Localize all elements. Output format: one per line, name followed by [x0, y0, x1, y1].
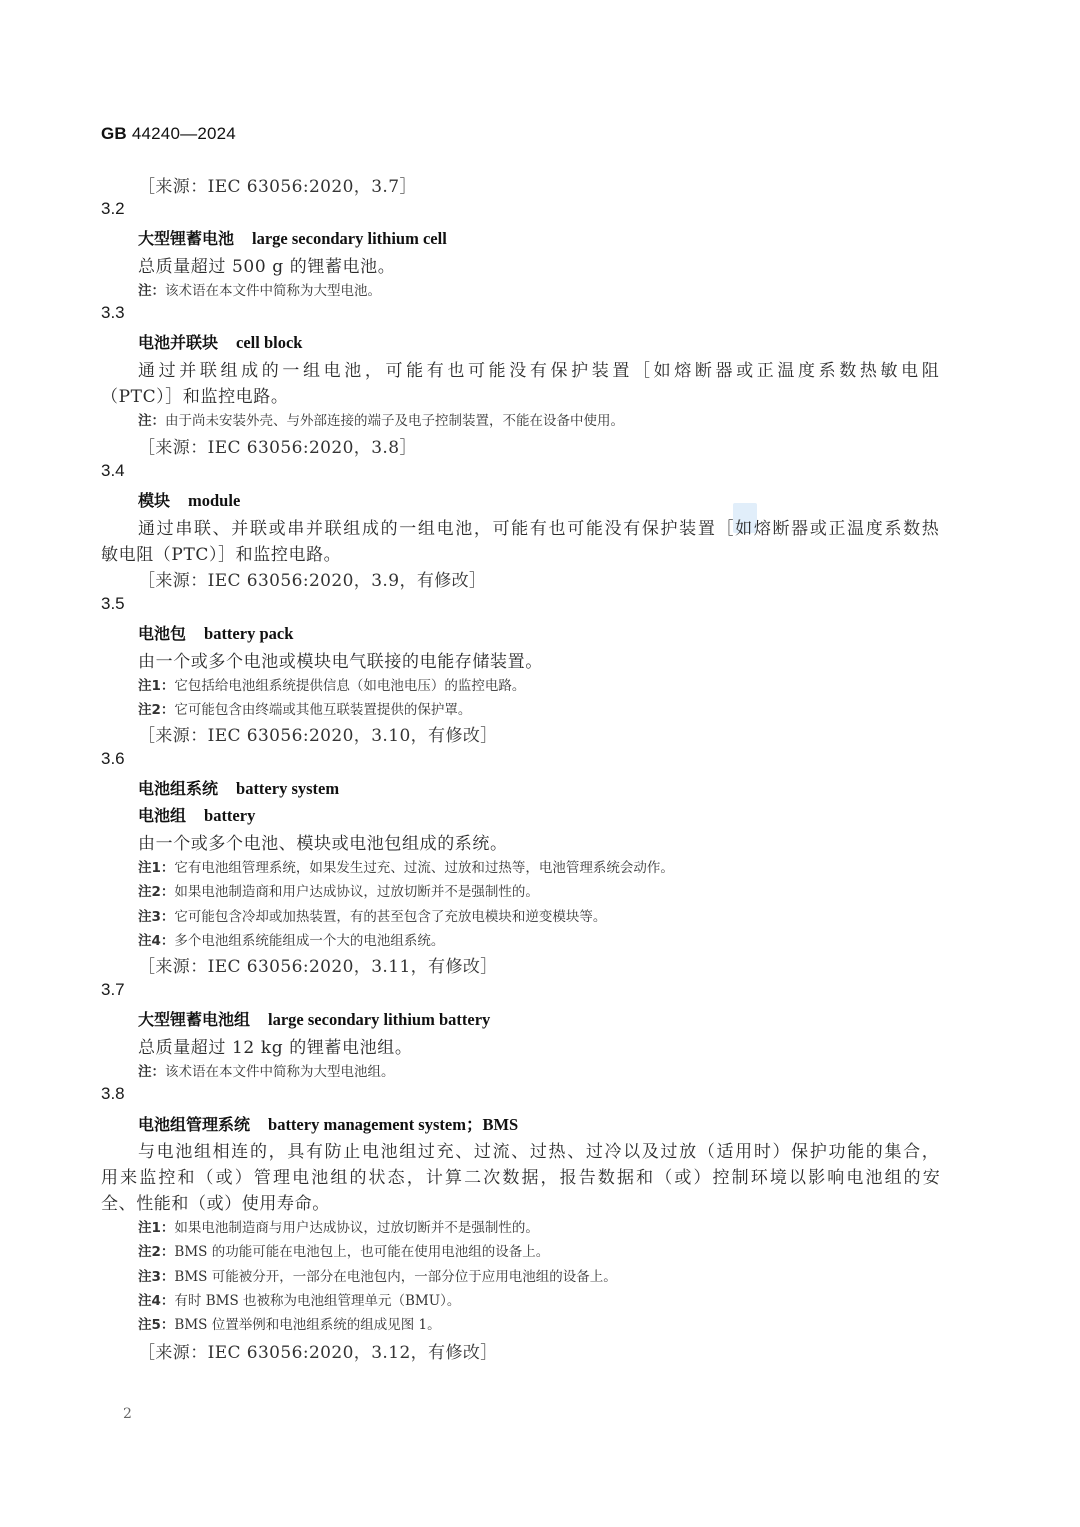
section-number: 3.3 [101, 303, 125, 323]
note: 注4：多个电池组系统能组成一个大的电池组系统。 [138, 929, 444, 949]
note-text: 多个电池组系统能组成一个大的电池组系统。 [174, 933, 444, 949]
term-zh: 电池包 [138, 624, 186, 643]
term-zh: 电池组 [138, 806, 186, 825]
source-citation: ［来源：IEC 63056:2020，3.8］ [138, 433, 417, 458]
note-label: 注2： [138, 1244, 174, 1260]
note-label: 注4： [138, 933, 174, 949]
definition-text-cont: 敏电阻（PTC）］和监控电路。 [101, 540, 341, 565]
definition-text: 由一个或多个电池或模块电气联接的电能存储装置。 [138, 647, 543, 672]
note-text: 由于尚未安装外壳、与外部连接的端子及电子控制装置，不能在设备中使用。 [165, 413, 624, 429]
note-text: BMS 可能被分开，一部分在电池包内，一部分位于应用电池组的设备上。 [174, 1269, 616, 1285]
note-label: 注1： [138, 678, 174, 694]
term-zh: 大型锂蓄电池 [138, 229, 234, 248]
note-text: 如果电池制造商与用户达成协议，过放切断并不是强制性的。 [174, 1220, 539, 1236]
note: 注3：BMS 可能被分开，一部分在电池包内，一部分位于应用电池组的设备上。 [138, 1265, 617, 1285]
note-label: 注： [138, 1064, 165, 1080]
term-zh: 电池并联块 [138, 333, 218, 352]
note-text: 它有电池组管理系统，如果发生过充、过流、过放和过热等，电池管理系统会动作。 [174, 860, 674, 876]
note-label: 注2： [138, 884, 174, 900]
note: 注1：如果电池制造商与用户达成协议，过放切断并不是强制性的。 [138, 1216, 539, 1236]
term-heading: 大型锂蓄电池large secondary lithium cell [138, 226, 447, 249]
source-citation: ［来源：IEC 63056:2020，3.12，有修改］ [138, 1338, 498, 1363]
section-number: 3.2 [101, 199, 125, 219]
section-number: 3.7 [101, 980, 125, 1000]
definition-text: 与电池组相连的，具有防止电池组过充、过流、过热、过冷以及过放（适用时）保护功能的… [138, 1137, 940, 1162]
definition-text-cont: 全、性能和（或）使用寿命。 [101, 1189, 330, 1214]
note-text: BMS 位置举例和电池组系统的组成见图 1。 [174, 1317, 440, 1333]
note: 注：由于尚未安装外壳、与外部连接的端子及电子控制装置，不能在设备中使用。 [138, 409, 624, 429]
term-zh: 模块 [138, 491, 170, 510]
term-zh: 大型锂蓄电池组 [138, 1010, 250, 1029]
term-heading: 电池组系统battery system [138, 776, 339, 799]
note-label: 注3： [138, 1269, 174, 1285]
definition-text: 总质量超过 12 kg 的锂蓄电池组。 [138, 1033, 412, 1058]
term-heading: 电池并联块cell block [138, 330, 302, 353]
definition-text: 通过串联、并联或串并联组成的一组电池，可能有也可能没有保护装置［如熔断器或正温度… [138, 514, 940, 539]
note: 注1：它有电池组管理系统，如果发生过充、过流、过放和过热等，电池管理系统会动作。 [138, 856, 674, 876]
definition-text: 总质量超过 500 g 的锂蓄电池。 [138, 252, 395, 277]
term-en: battery management system；BMS [268, 1115, 518, 1134]
note-text: 它包括给电池组系统提供信息（如电池电压）的监控电路。 [174, 678, 525, 694]
note: 注2：BMS 的功能可能在电池包上，也可能在使用电池组的设备上。 [138, 1240, 549, 1260]
note-label: 注： [138, 413, 165, 429]
definition-text-cont: （PTC）］和监控电路。 [101, 382, 288, 407]
note: 注1：它包括给电池组系统提供信息（如电池电压）的监控电路。 [138, 674, 525, 694]
note: 注：该术语在本文件中简称为大型电池组。 [138, 1060, 395, 1080]
page-number: 2 [123, 1406, 132, 1422]
note-text: BMS 的功能可能在电池包上，也可能在使用电池组的设备上。 [174, 1244, 549, 1260]
term-heading: 电池组管理系统battery management system；BMS [138, 1111, 518, 1135]
term-en: battery [204, 806, 255, 825]
term-zh: 电池组管理系统 [138, 1115, 250, 1134]
term-en: cell block [236, 333, 302, 352]
note-text: 它可能包含由终端或其他互联装置提供的保护罩。 [174, 702, 471, 718]
note-label: 注1： [138, 860, 174, 876]
note: 注2：它可能包含由终端或其他互联装置提供的保护罩。 [138, 698, 471, 718]
source-citation: ［来源：IEC 63056:2020，3.7］ [138, 172, 417, 197]
note-label: 注1： [138, 1220, 174, 1236]
definition-text: 通过并联组成的一组电池，可能有也可能没有保护装置［如熔断器或正温度系数热敏电阻 [138, 356, 940, 381]
term-heading: 大型锂蓄电池组large secondary lithium battery [138, 1007, 490, 1030]
section-number: 3.8 [101, 1084, 125, 1104]
document-header: GB 44240—2024 [101, 124, 236, 144]
note-label: 注3： [138, 909, 174, 925]
note-text: 该术语在本文件中简称为大型电池组。 [165, 1064, 395, 1080]
note-label: 注4： [138, 1293, 174, 1309]
definition-text: 由一个或多个电池、模块或电池包组成的系统。 [138, 829, 508, 854]
standard-number: 44240—2024 [132, 124, 236, 143]
section-number: 3.4 [101, 461, 125, 481]
note: 注：该术语在本文件中简称为大型电池。 [138, 279, 381, 299]
note-text: 该术语在本文件中简称为大型电池。 [165, 283, 381, 299]
source-citation: ［来源：IEC 63056:2020，3.10，有修改］ [138, 721, 498, 746]
definition-text-cont: 用来监控和（或）管理电池组的状态，计算二次数据，报告数据和（或）控制环境以影响电… [101, 1163, 941, 1188]
note-label: 注： [138, 283, 165, 299]
note: 注4：有时 BMS 也被称为电池组管理单元（BMU）。 [138, 1289, 460, 1309]
term-en: battery system [236, 779, 339, 798]
term-zh: 电池组系统 [138, 779, 218, 798]
term-en: large secondary lithium cell [252, 229, 447, 248]
note-text: 有时 BMS 也被称为电池组管理单元（BMU）。 [174, 1293, 460, 1309]
term-heading: 电池包battery pack [138, 621, 293, 644]
note: 注2：如果电池制造商和用户达成协议，过放切断并不是强制性的。 [138, 880, 539, 900]
term-heading-synonym: 电池组battery [138, 803, 255, 826]
source-citation: ［来源：IEC 63056:2020，3.9，有修改］ [138, 566, 486, 591]
term-en: large secondary lithium battery [268, 1010, 490, 1029]
note-text: 如果电池制造商和用户达成协议，过放切断并不是强制性的。 [174, 884, 539, 900]
standard-code: GB [101, 124, 127, 143]
source-citation: ［来源：IEC 63056:2020，3.11，有修改］ [138, 952, 498, 977]
section-number: 3.5 [101, 594, 125, 614]
note-label: 注5： [138, 1317, 174, 1333]
note: 注3：它可能包含冷却或加热装置，有的甚至包含了充放电模块和逆变模块等。 [138, 905, 606, 925]
note: 注5：BMS 位置举例和电池组系统的组成见图 1。 [138, 1313, 441, 1333]
section-number: 3.6 [101, 749, 125, 769]
note-text: 它可能包含冷却或加热装置，有的甚至包含了充放电模块和逆变模块等。 [174, 909, 606, 925]
term-heading: 模块module [138, 488, 240, 511]
term-en: module [188, 491, 240, 510]
term-en: battery pack [204, 624, 293, 643]
note-label: 注2： [138, 702, 174, 718]
